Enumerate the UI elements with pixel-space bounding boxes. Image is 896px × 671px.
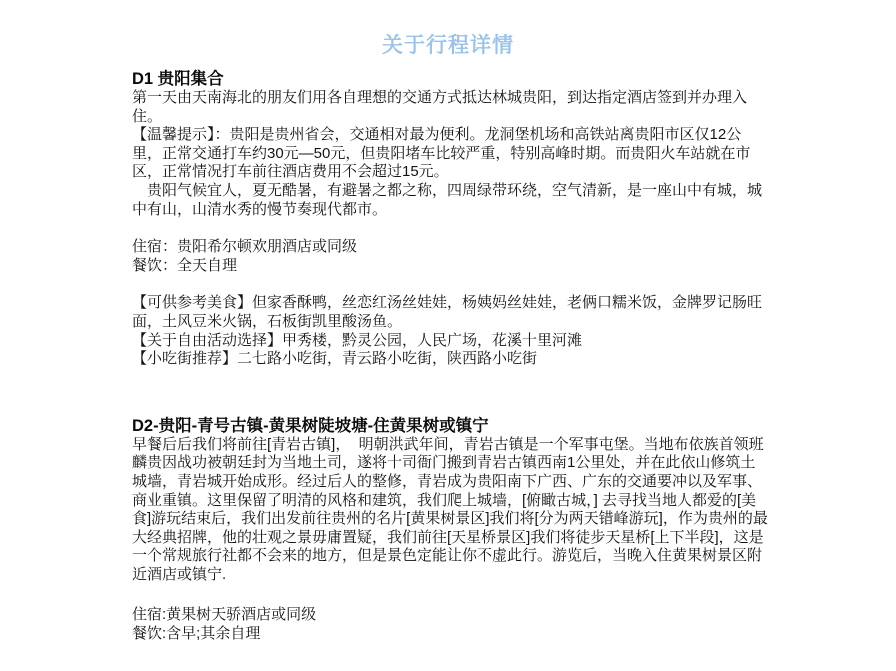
d1-food-recommendations: 【可供参考美食】但家香酥鸭，丝恋红汤丝娃娃，杨姨妈丝娃娃，老俩口糯米饭，金牌罗记… bbox=[132, 294, 768, 331]
d1-meals-line: 餐饮：全天自理 bbox=[132, 257, 768, 276]
d2-lodging-line: 住宿:黄果树天骄酒店或同级 bbox=[132, 606, 768, 625]
day-section-d2: D2-贵阳-青号古镇-黄果树陡坡塘-住黄果树或镇宁 早餐后后我们将前往[青岩古镇… bbox=[132, 417, 768, 644]
d1-tips-paragraph: 【温馨提示】：贵阳是贵州省会，交通相对最为便利。龙洞堡机场和高铁站离贵阳市区仅1… bbox=[132, 126, 768, 182]
day-d1-heading: D1 贵阳集合 bbox=[132, 70, 768, 89]
d1-lodging-line: 住宿：贵阳希尔顿欢朋酒店或同级 bbox=[132, 238, 768, 257]
d2-meals-line: 餐饮:含早;其余自理 bbox=[132, 625, 768, 644]
page-title: 关于行程详情 bbox=[0, 0, 896, 59]
d1-free-activities: 【关于自由活动选择】甲秀楼，黔灵公园，人民广场，花溪十里河滩 bbox=[132, 332, 768, 351]
d2-body-paragraph: 早餐后后我们将前往[青岩古镇]， 明朝洪武年间，青岩古镇是一个军事屯堡。当地布依… bbox=[132, 436, 768, 585]
day-d2-heading: D2-贵阳-青号古镇-黄果树陡坡塘-住黄果树或镇宁 bbox=[132, 417, 768, 436]
document-content: D1 贵阳集合 第一天由天南海北的朋友们用各自理想的交通方式抵达林城贵阳，到达指… bbox=[132, 70, 768, 644]
itinerary-document-page: 关于行程详情 D1 贵阳集合 第一天由天南海北的朋友们用各自理想的交通方式抵达林… bbox=[0, 0, 896, 671]
d1-climate-paragraph: 贵阳气候宜人，夏无酷暑，有避暑之都之称，四周绿带环绕，空气清新，是一座山中有城，… bbox=[132, 182, 768, 219]
d1-snack-streets: 【小吃街推荐】二七路小吃街，青云路小吃街，陕西路小吃街 bbox=[132, 350, 768, 369]
d1-intro-paragraph: 第一天由天南海北的朋友们用各自理想的交通方式抵达林城贵阳，到达指定酒店签到并办理… bbox=[132, 89, 768, 126]
day-section-d1: D1 贵阳集合 第一天由天南海北的朋友们用各自理想的交通方式抵达林城贵阳，到达指… bbox=[132, 70, 768, 369]
